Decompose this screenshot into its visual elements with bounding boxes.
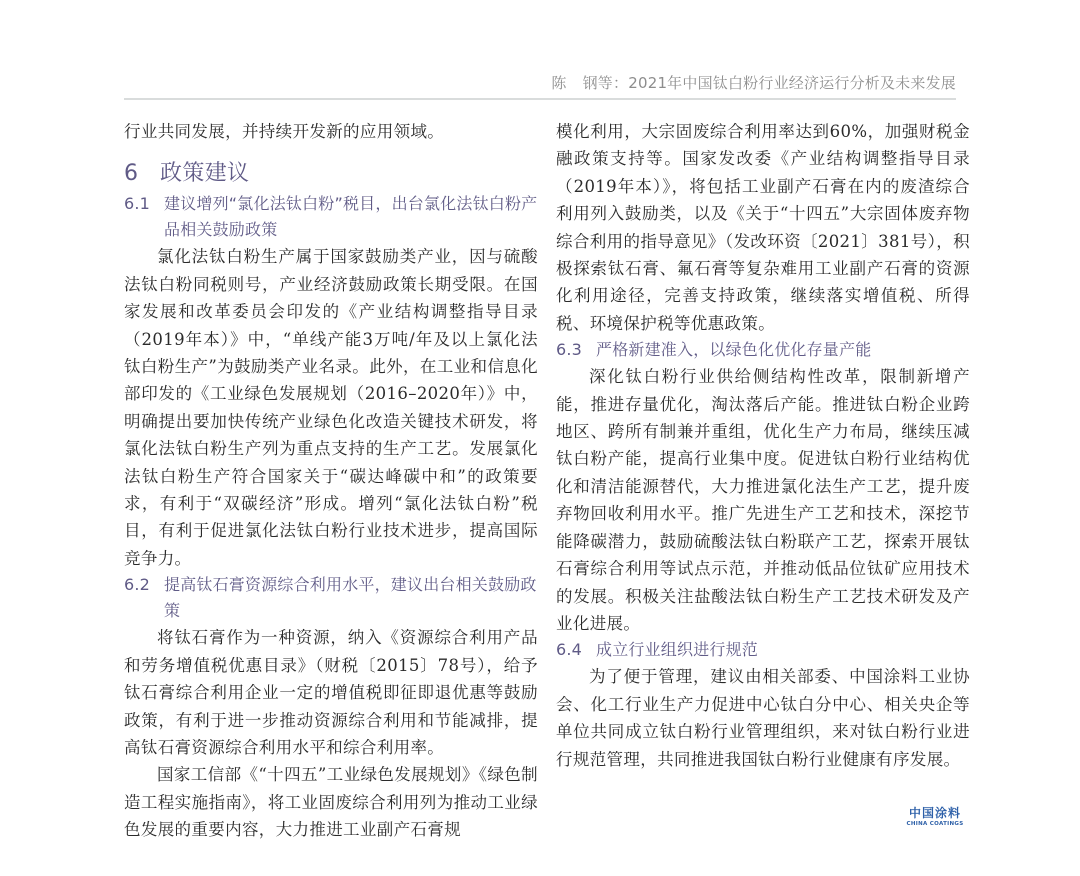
left-column: 行业共同发展，并持续开发新的应用领域。 6政策建议 6.1建议增列“氯化法钛白粉… xyxy=(124,118,538,844)
right-column: 模化利用，大宗固废综合利用率达到60%，加强财税金融政策支持等。国家发改委《产业… xyxy=(556,118,970,773)
section-number: 6.1 xyxy=(124,191,164,217)
logo-chinese-text: 中国涂料 xyxy=(900,806,970,820)
continued-paragraph: 行业共同发展，并持续开发新的应用领域。 xyxy=(124,118,538,145)
running-head-author: 陈 xyxy=(551,74,566,92)
section-6-1-heading: 6.1建议增列“氯化法钛白粉”税目，出台氯化法钛白粉产品相关鼓励政策 xyxy=(124,191,538,243)
section-6-3-paragraph: 深化钛白粉行业供给侧结构性改革，限制新增产能，推进存量优化，淘汰落后产能。推进钛… xyxy=(556,363,970,637)
section-6-4-heading: 6.4成立行业组织进行规范 xyxy=(556,637,970,663)
section-6-2-heading: 6.2提高钛石膏资源综合利用水平，建议出台相关鼓励政策 xyxy=(124,572,538,624)
china-coatings-logo: 中国涂料 CHINA COATINGS xyxy=(900,806,970,828)
section-title: 政策建议 xyxy=(160,161,249,186)
section-title: 提高钛石膏资源综合利用水平，建议出台相关鼓励政策 xyxy=(164,575,537,620)
section-title: 严格新建准入，以绿色化优化存量产能 xyxy=(596,340,871,359)
section-6-heading: 6政策建议 xyxy=(124,159,538,189)
section-6-2-paragraph-2: 国家工信部《“十四五”工业绿色发展规划》《绿色制造工程实施指南》，将工业固废综合… xyxy=(124,761,538,843)
running-head-title: 钢等：2021年中国钛白粉行业经济运行分析及未来发展 xyxy=(583,74,956,92)
section-number: 6 xyxy=(124,159,160,189)
logo-english-text: CHINA COATINGS xyxy=(900,820,970,828)
section-number: 6.4 xyxy=(556,637,596,663)
running-head: 陈钢等：2021年中国钛白粉行业经济运行分析及未来发展 xyxy=(124,72,956,98)
section-6-2-paragraph-2-continued: 模化利用，大宗固废综合利用率达到60%，加强财税金融政策支持等。国家发改委《产业… xyxy=(556,118,970,337)
section-6-3-heading: 6.3严格新建准入，以绿色化优化存量产能 xyxy=(556,337,970,363)
section-6-1-paragraph: 氯化法钛白粉生产属于国家鼓励类产业，因与硫酸法钛白粉同税则号，产业经济鼓励政策长… xyxy=(124,243,538,572)
section-6-4-paragraph: 为了便于管理，建议由相关部委、中国涂料工业协会、化工行业生产力促进中心钛白分中心… xyxy=(556,663,970,773)
section-number: 6.3 xyxy=(556,337,596,363)
section-title: 建议增列“氯化法钛白粉”税目，出台氯化法钛白粉产品相关鼓励政策 xyxy=(164,194,537,239)
section-title: 成立行业组织进行规范 xyxy=(596,640,758,659)
header-rule xyxy=(124,98,956,100)
section-6-2-paragraph-1: 将钛石膏作为一种资源，纳入《资源综合利用产品和劳务增值税优惠目录》（财税〔201… xyxy=(124,624,538,761)
section-number: 6.2 xyxy=(124,572,164,598)
